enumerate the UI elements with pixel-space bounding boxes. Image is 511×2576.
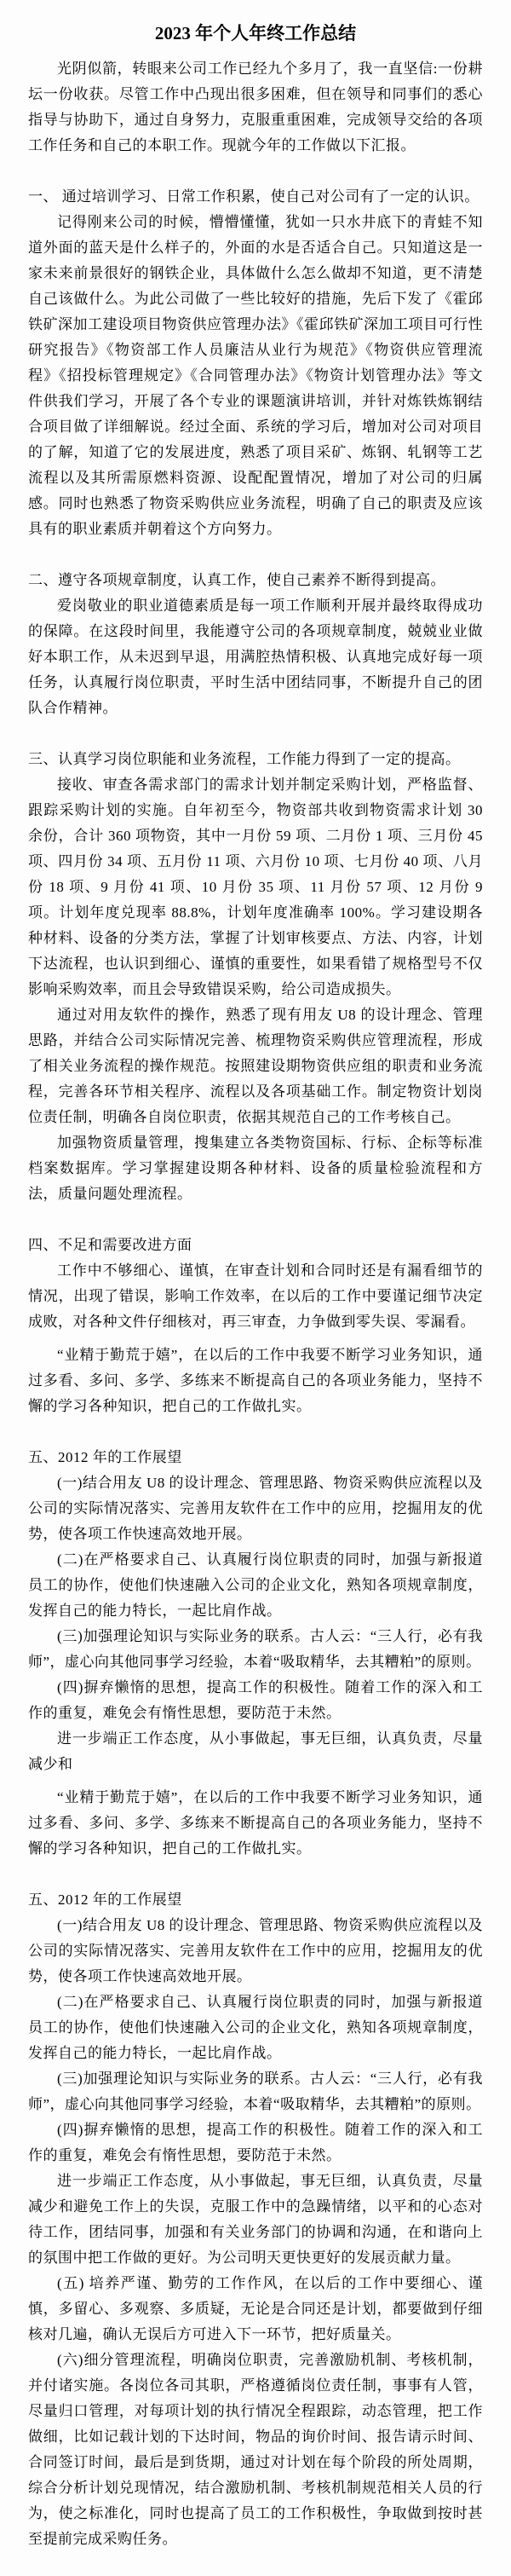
- section-5b-heading: 五、2012 年的工作展望: [28, 1887, 483, 1913]
- section-3-paragraph-1: 接收、审查各需求部门的需求计划并制定采购计划，严格监督、跟踪采购计划的实施。自年…: [28, 772, 483, 1002]
- section-5a-item-1: (一)结合用友 U8 的设计理念、管理思路、物资采购供应流程以及公司的实际情况落…: [28, 1470, 483, 1547]
- section-2-heading: 二、遵守各项规章制度，认真工作，使自己素养不断得到提高。: [28, 568, 483, 593]
- section-5a-paragraph-attitude: 进一步端正工作态度，从小事做起，事无巨细，认真负责，尽量减少和: [28, 1726, 483, 1777]
- section-5b-item-6: (六)细分管理流程，明确岗位职责，完善激励机制、考核机制，并付诸实施。各岗位各司…: [28, 2348, 483, 2552]
- section-3-paragraph-3: 加强物资质量管理，搜集建立各类物资国标、行标、企标等标准档案数据库。学习掌握建设…: [28, 1130, 483, 1207]
- section-1-heading: 一、 通过培训学习、日常工作积累，使自己对公司有了一定的认识。: [28, 184, 483, 210]
- section-5b-item-2: (二)在严格要求自己、认真履行岗位职责的同时，加强与新报道员工的协作，使他们快速…: [28, 1990, 483, 2066]
- section-2-paragraph: 爱岗敬业的职业道德素质是每一项工作顺利开展并最终取得成功的保障。在这段时间里，我…: [28, 593, 483, 721]
- section-5b-item-3: (三)加强理论知识与实际业务的联系。古人云：“三人行，必有我师”，虚心向其他同事…: [28, 2066, 483, 2117]
- section-5b-item-4: (四)摒弃懒惰的思想，提高工作的积极性。随着工作的深入和工作的重复，难免会有惰性…: [28, 2117, 483, 2169]
- section-5a-item-4: (四)摒弃懒惰的思想，提高工作的积极性。随着工作的深入和工作的重复，难免会有惰性…: [28, 1675, 483, 1726]
- section-5a-paragraph-quote: “业精于勤荒于嬉”，在以后的工作中我要不断学习业务知识，通过多看、多问、多学、多…: [28, 1785, 483, 1862]
- section-5a-item-3: (三)加强理论知识与实际业务的联系。古人云：“三人行，必有我师”，虚心向其他同事…: [28, 1624, 483, 1675]
- section-4-paragraph-2: “业精于勤荒于嬉”，在以后的工作中我要不断学习业务知识，通过多看、多问、多学、多…: [28, 1343, 483, 1419]
- section-4-paragraph-1: 工作中不够细心、谨慎，在审查计划和合同时还是有漏看细节的情况，出现了错误，影响工…: [28, 1258, 483, 1335]
- document-title: 2023 年个人年终工作总结: [28, 19, 483, 48]
- section-3-paragraph-2: 通过对用友软件的操作，熟悉了现有用友 U8 的设计理念、管理思路，并结合公司实际…: [28, 1002, 483, 1130]
- section-5a-heading: 五、2012 年的工作展望: [28, 1445, 483, 1470]
- intro-paragraph: 光阴似箭，转眼来公司工作已经九个多月了，我一直坚信:一份耕坛一份收获。尽管工作中…: [28, 56, 483, 159]
- section-5a-item-2: (二)在严格要求自己、认真履行岗位职责的同时，加强与新报道员工的协作，使他们快速…: [28, 1547, 483, 1624]
- section-5b-item-5: (五) 培养严谨、勤劳的工作作风，在以后的工作中要细心、谨慎，多留心、多观察、多…: [28, 2271, 483, 2348]
- document-page: 2023 年个人年终工作总结 光阴似箭，转眼来公司工作已经九个多月了，我一直坚信…: [0, 0, 511, 2576]
- section-4-heading: 四、不足和需要改进方面: [28, 1233, 483, 1258]
- section-3-heading: 三、认真学习岗位职能和业务流程，工作能力得到了一定的提高。: [28, 747, 483, 772]
- section-1-paragraph: 记得刚来公司的时候，懵懵懂懂，犹如一只水井底下的青蛙不知道外面的蓝天是什么样子的…: [28, 210, 483, 542]
- section-5b-paragraph-attitude: 进一步端正工作态度，从小事做起，事无巨细，认真负责，尽量减少和避免工作上的失误，…: [28, 2169, 483, 2271]
- section-5b-item-1: (一)结合用友 U8 的设计理念、管理思路、物资采购供应流程以及公司的实际情况落…: [28, 1913, 483, 1990]
